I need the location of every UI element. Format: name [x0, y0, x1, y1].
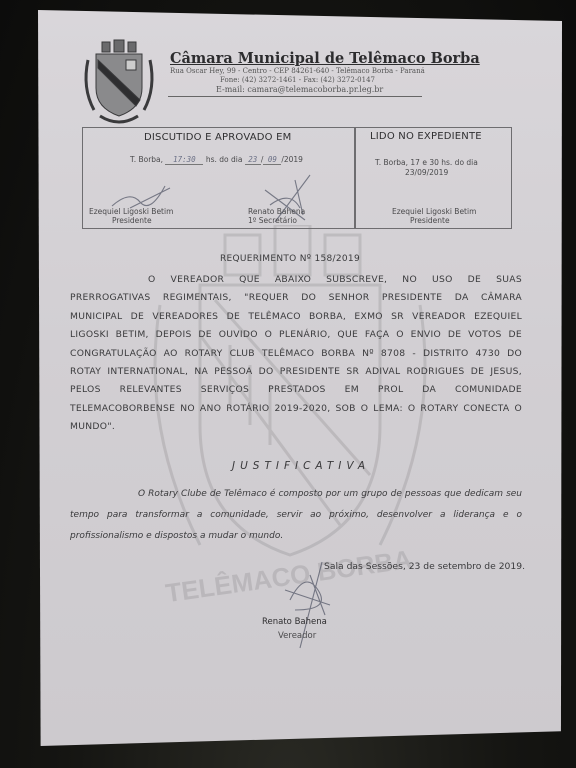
requerimento-title: REQUERIMENTO Nº 158/2019 — [220, 250, 360, 268]
requerimento-line: PRERROGATIVAS REGIMENTAIS, "REQUER DO SE… — [70, 289, 522, 307]
closing-signatory-name: Renato Bahena — [262, 617, 327, 627]
approval-month: 09 — [263, 155, 281, 165]
reading-signatory-name: Ezequiel Ligoski Betim — [392, 207, 476, 216]
approval-right-signatory-role: 1º Secretário — [248, 216, 297, 225]
requerimento-line: O VEREADOR QUE ABAIXO SUBSCREVE, NO USO … — [70, 271, 522, 289]
address-line: Rua Oscar Hey, 99 - Centro - CEP 84261-6… — [170, 67, 425, 75]
reading-line-2: 23/09/2019 — [405, 168, 448, 177]
justificativa-body: O Rotary Clube de Telêmaco é composto po… — [70, 484, 522, 547]
reading-line-1: T. Borba, 17 e 30 hs. do dia — [375, 158, 478, 167]
requerimento-line: ROTAY INTERNATIONAL, NA PESSOA DO PRESID… — [70, 363, 522, 381]
approval-left-signatory-role: Presidente — [112, 216, 152, 225]
institution-name: Câmara Municipal de Telêmaco Borba — [170, 50, 480, 67]
approval-day: 23 — [245, 155, 261, 165]
phone-fax-line: Fone: (42) 3272-1461 - Fax: (42) 3272-01… — [220, 76, 375, 84]
reading-title: LIDO NO EXPEDIENTE — [370, 131, 482, 142]
approval-place: T. Borba, — [130, 155, 163, 164]
requerimento-line: LIGOSKI BETIM, DEPOIS DE OUVIDO O PLENÁR… — [70, 326, 522, 344]
approval-left-signatory-name: Ezequiel Ligoski Betim — [89, 207, 173, 216]
email-line: E-mail: camara@telemacoborba.pr.leg.br — [216, 85, 383, 94]
approval-right-signatory-name: Renato Bahena — [248, 207, 305, 216]
approval-year: /2019 — [281, 155, 303, 164]
justificativa-line: tempo para transformar a comunidade, ser… — [70, 505, 522, 526]
approval-time: 17:30 — [165, 155, 203, 165]
signature-president-icon — [110, 180, 180, 210]
requerimento-line: MUNICIPAL DE VEREADORES DE TELÊMACO BORB… — [70, 308, 522, 326]
requerimento-line: CONGRATULAÇÃO AO ROTARY CLUB TELÊMACO BO… — [70, 345, 522, 363]
approval-title: DISCUTIDO E APROVADO EM — [144, 132, 291, 143]
reading-signatory-role: Presidente — [410, 216, 450, 225]
requerimento-line: TELEMACOBORBENSE NO ANO ROTÁRIO 2019-202… — [70, 400, 522, 418]
header-divider — [168, 96, 422, 97]
closing-signatory-role: Vereador — [278, 631, 316, 641]
requerimento-line: MUNDO". — [70, 418, 522, 436]
coat-of-arms-icon — [80, 38, 158, 126]
approval-datetime: T. Borba, 17:30 hs. do dia 23/09/2019 — [130, 155, 303, 165]
requerimento-line: PELOS RELEVANTES SERVIÇOS PRESTADOS EM P… — [70, 381, 522, 399]
requerimento-body: O VEREADOR QUE ABAIXO SUBSCREVE, NO USO … — [70, 271, 522, 437]
place-date: Sala das Sessões, 23 de setembro de 2019… — [324, 556, 525, 577]
approval-hours-label: hs. do dia — [206, 155, 243, 164]
justificativa-line: profissionalismo e dispostos a mudar o m… — [70, 526, 522, 547]
justificativa-title: JUSTIFICATIVA — [232, 460, 370, 472]
justificativa-line: O Rotary Clube de Telêmaco é composto po… — [70, 484, 522, 505]
